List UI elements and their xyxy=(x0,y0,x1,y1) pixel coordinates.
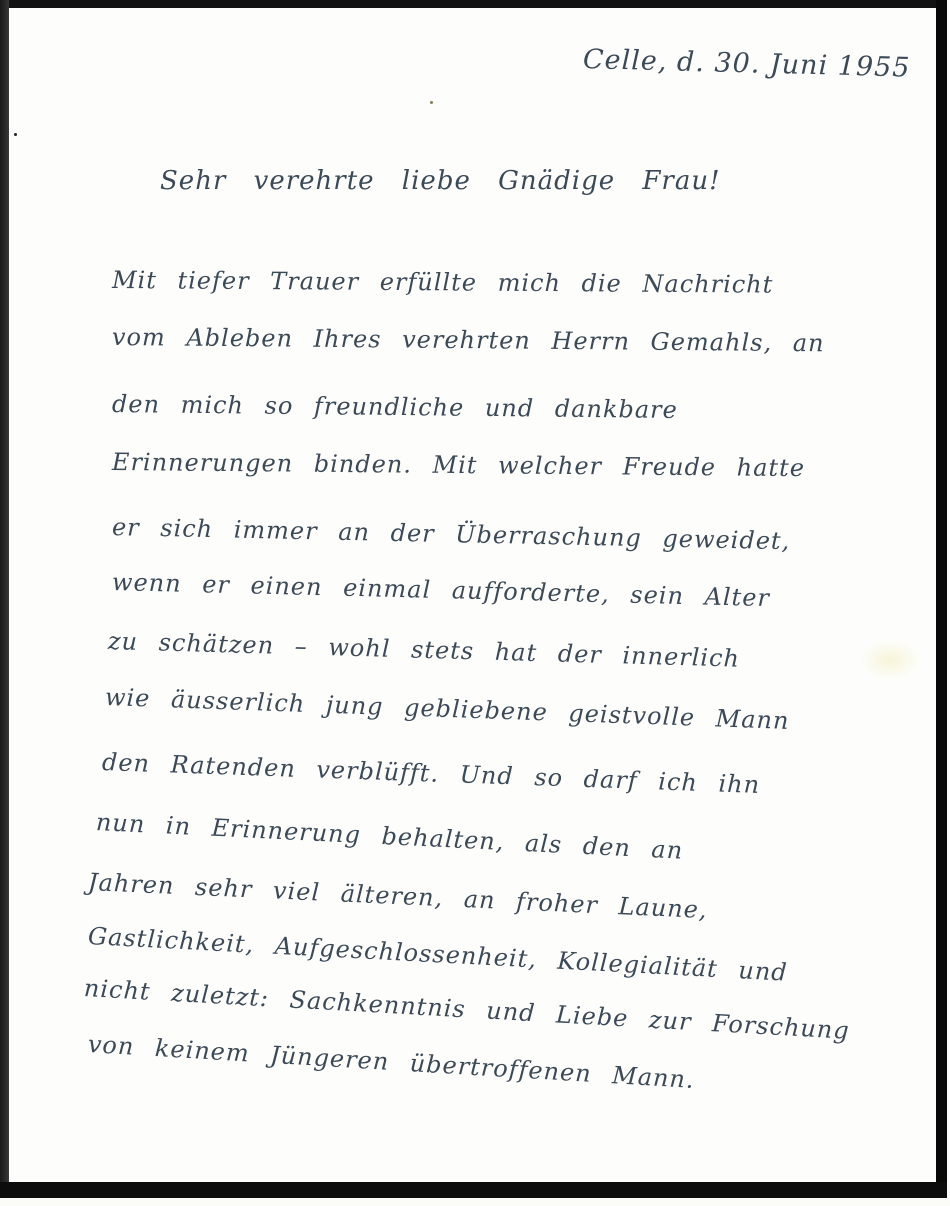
paper-speck xyxy=(14,133,17,136)
letter-line: den mich so freundliche und dankbare xyxy=(112,390,678,424)
scan-border-left xyxy=(0,0,9,1195)
salutation: Sehr verehrte liebe Gnädige Frau! xyxy=(160,166,721,196)
scanned-letter: Celle, d. 30. Juni 1955 Sehr verehrte li… xyxy=(0,0,950,1206)
paper-speck xyxy=(430,101,433,104)
scan-border-right xyxy=(936,0,947,1198)
scan-border-bottom xyxy=(0,1182,947,1198)
scan-border-top xyxy=(0,0,946,8)
paper-stain xyxy=(860,640,920,680)
letter-line: Mit tiefer Trauer erfüllte mich die Nach… xyxy=(112,266,774,299)
